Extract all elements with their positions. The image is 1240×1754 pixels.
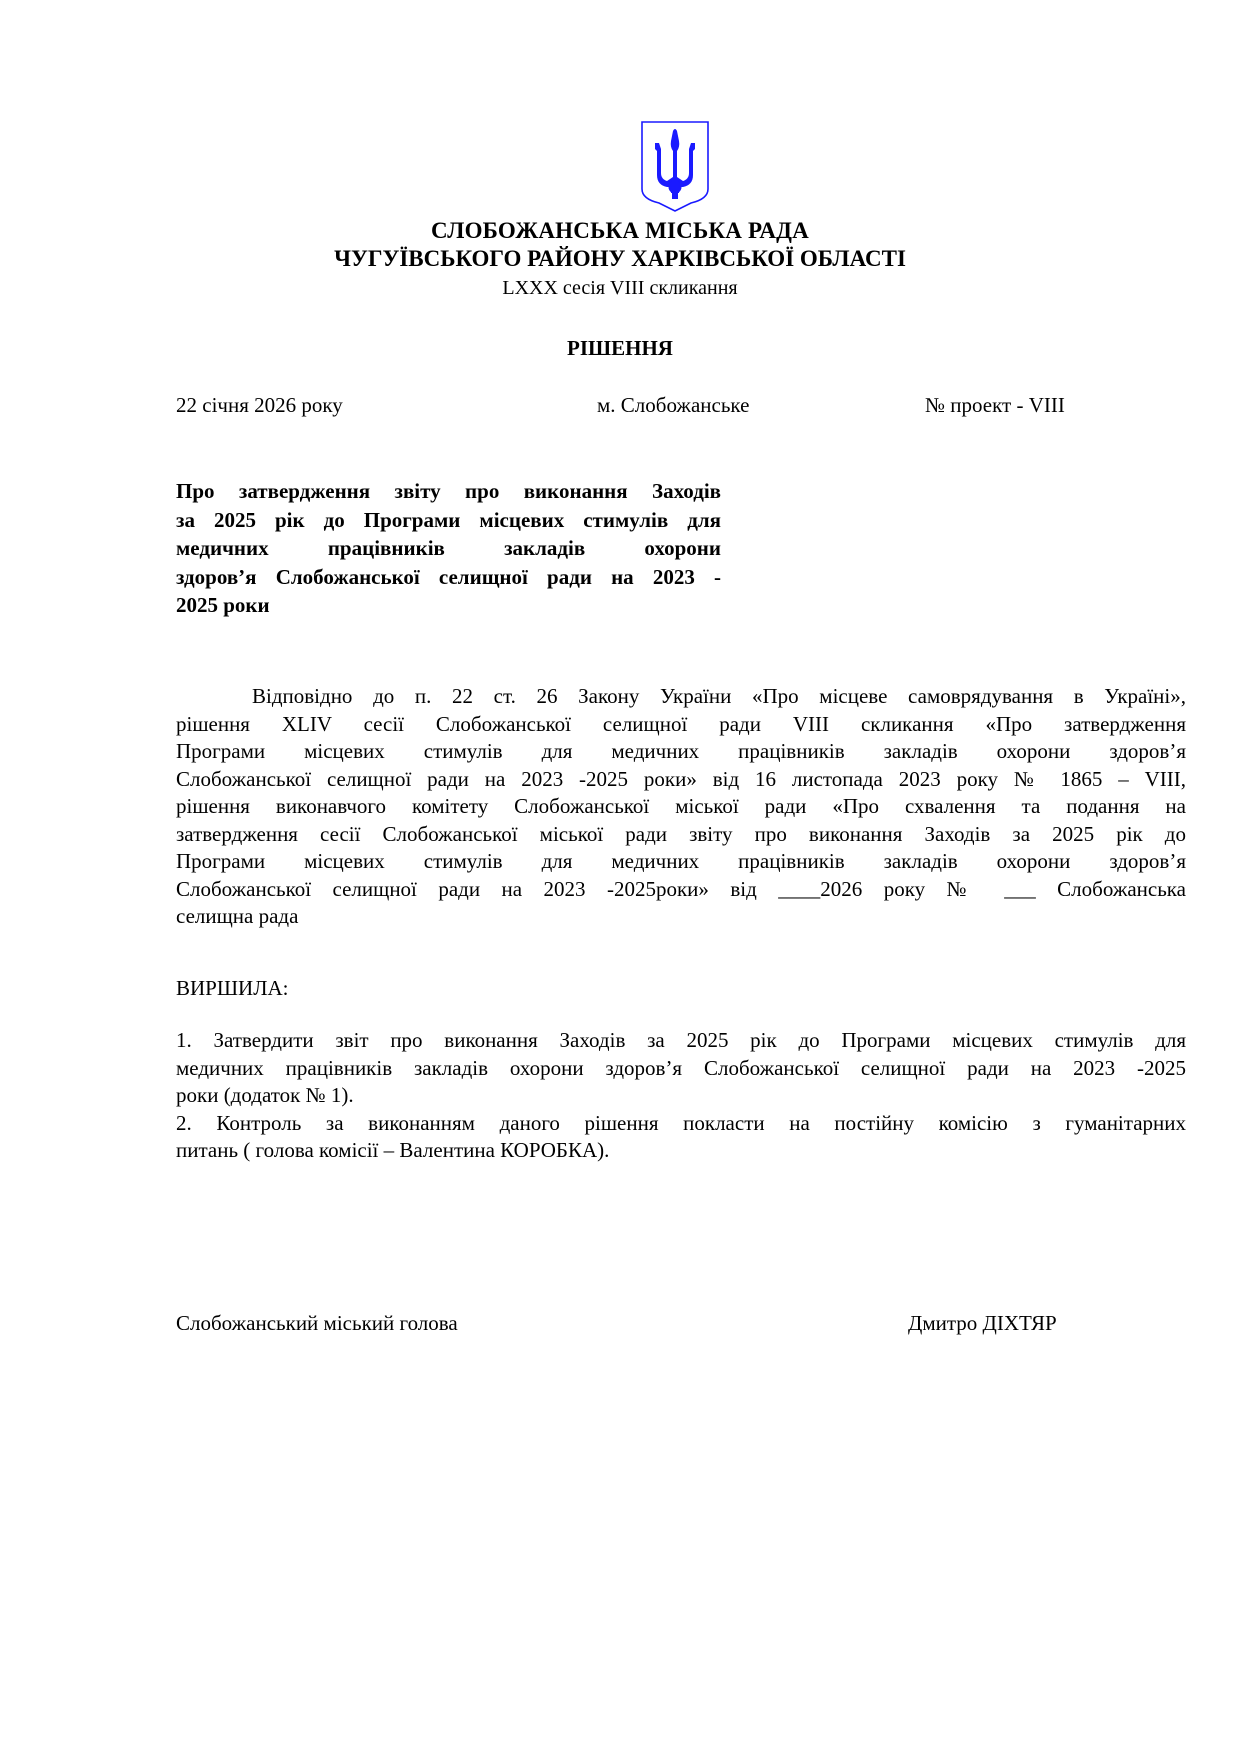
preamble-line: Програми місцевих стимулів для медичних … (176, 848, 1186, 876)
subject-line: 2025 роки (176, 591, 721, 620)
district-region: ЧУГУЇВСЬКОГО РАЙОНУ ХАРКІВСЬКОЇ ОБЛАСТІ (0, 245, 1240, 273)
preamble-line: Слобожанської селищної ради на 2023 -202… (176, 876, 1186, 904)
resolution-items: 1. Затвердити звіт про виконання Заходів… (176, 1027, 1186, 1165)
decision-subject: Про затвердження звіту про виконання Зах… (176, 477, 721, 620)
subject-line: за 2025 рік до Програми місцевих стимулі… (176, 506, 721, 535)
ukraine-coat-of-arms-icon (639, 119, 711, 213)
document-type: РІШЕННЯ (0, 335, 1240, 361)
preamble-line: рішення виконавчого комітету Слобожанськ… (176, 793, 1186, 821)
document-page: СЛОБОЖАНСЬКА МІСЬКА РАДА ЧУГУЇВСЬКОГО РА… (0, 0, 1240, 1754)
item-line: 2. Контроль за виконанням даного рішення… (176, 1110, 1186, 1138)
signatory-name: Дмитро ДІХТЯР (908, 1310, 1057, 1336)
preamble-line: затвердження сесії Слобожанської міської… (176, 821, 1186, 849)
item-line: питань ( голова комісії – Валентина КОРО… (176, 1137, 1186, 1165)
item-line: 1. Затвердити звіт про виконання Заходів… (176, 1027, 1186, 1055)
preamble: Відповідно до п. 22 ст. 26 Закону Україн… (176, 683, 1186, 931)
item-line: роки (додаток № 1). (176, 1082, 1186, 1110)
preamble-line: Відповідно до п. 22 ст. 26 Закону Україн… (176, 683, 1186, 711)
decision-place: м. Слобожанське (597, 392, 749, 418)
decision-number: № проект - VIII (925, 392, 1065, 418)
decision-date: 22 січня 2026 року (176, 392, 343, 418)
item-line: медичних працівників закладів охорони зд… (176, 1055, 1186, 1083)
preamble-line: Слобожанської селищної ради на 2023 -202… (176, 766, 1186, 794)
session-info: LXXX сесія VIII скликання (0, 275, 1240, 301)
preamble-line: селищна рада (176, 903, 1186, 931)
signatory-position: Слобожанський міський голова (176, 1310, 458, 1336)
subject-line: медичних працівників закладів охорони (176, 534, 721, 563)
preamble-line: Програми місцевих стимулів для медичних … (176, 738, 1186, 766)
subject-line: Про затвердження звіту про виконання Зах… (176, 477, 721, 506)
preamble-line: рішення XLIV сесії Слобожанської селищно… (176, 711, 1186, 739)
resolved-label: ВИРШИЛА: (176, 975, 1186, 1003)
council-name: СЛОБОЖАНСЬКА МІСЬКА РАДА (0, 217, 1240, 245)
subject-line: здоров’я Слобожанської селищної ради на … (176, 563, 721, 592)
